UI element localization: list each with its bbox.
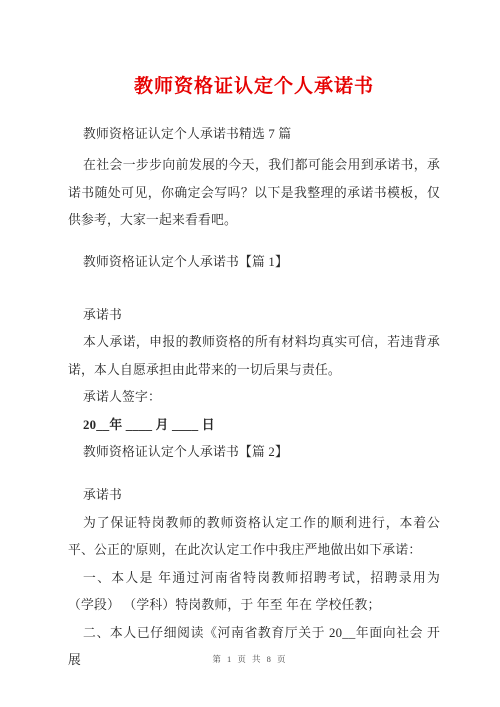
page-number-footer: 第 1 页 共 8 页: [0, 652, 500, 666]
section2-body: 为了保证特岗教师的教师资格认定工作的顺利进行，本着公平、公正的'原则，在此次认定…: [68, 510, 440, 565]
section2-heading: 教师资格证认定个人承诺书【篇 2】: [68, 439, 440, 466]
section1-subheading: 承诺书: [68, 302, 440, 329]
section2-item1: 一、本人是 年通过河南省特岗教师招聘考试，招聘录用为 （学段） （学科）特岗教师…: [68, 565, 440, 620]
section2-item2-partial: 二、本人已仔细阅读《河南省教育厅关于 20__年面向社会 开展: [68, 620, 440, 675]
document-title: 教师资格证认定个人承诺书: [68, 73, 440, 101]
signer-label: 承诺人签字：: [68, 384, 440, 411]
document-subtitle: 教师资格证认定个人承诺书精选 7 篇: [68, 121, 440, 148]
intro-paragraph: 在社会一步步向前发展的今天，我们都可能会用到承诺书，承诺书随处可见，你确定会写吗…: [68, 152, 440, 234]
section1-body: 本人承诺，申报的教师资格的所有材料均真实可信，若违背承诺，本人自愿承担由此带来的…: [68, 329, 440, 384]
section1-heading: 教师资格证认定个人承诺书【篇 1】: [68, 249, 440, 276]
document-page: 教师资格证认定个人承诺书 教师资格证认定个人承诺书精选 7 篇 在社会一步步向前…: [0, 0, 500, 707]
section2-subheading: 承诺书: [68, 482, 440, 509]
date-blank-line: 20__年 ____ 月 ____ 日: [68, 412, 440, 439]
